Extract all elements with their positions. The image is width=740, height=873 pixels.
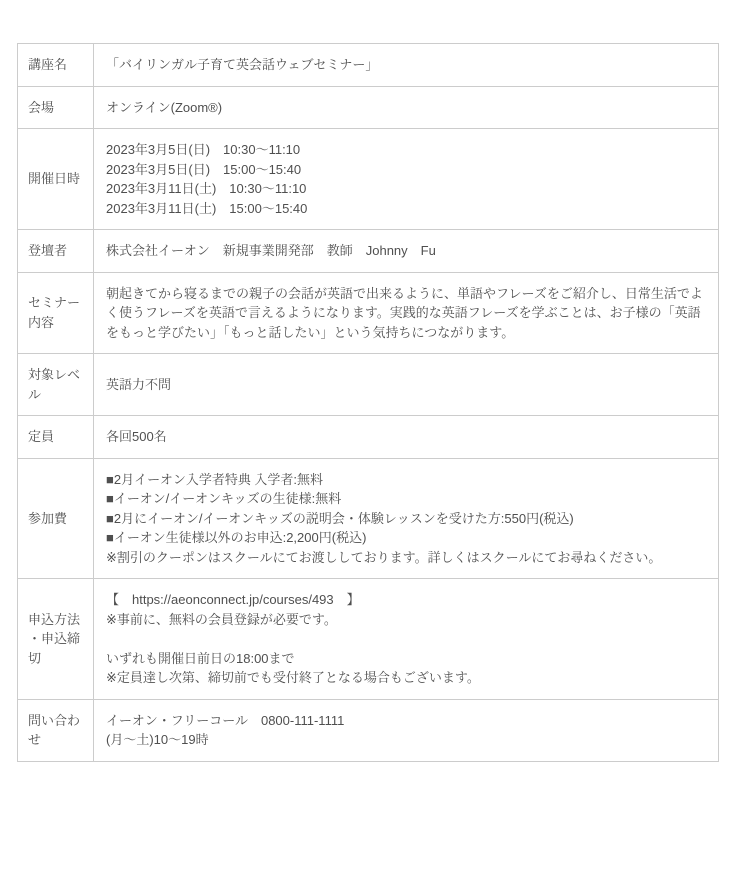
- content-line: ■2月にイーオン/イーオンキッズの説明会・体験レッスンを受けた方:550円(税込…: [106, 509, 706, 529]
- table-row: 講座名「バイリンガル子育て英会話ウェブセミナー」: [18, 44, 719, 87]
- content-line: 2023年3月5日(日) 15:00〜15:40: [106, 160, 706, 180]
- row-label: 開催日時: [18, 129, 94, 230]
- content-line: ※割引のクーポンはスクールにてお渡ししております。詳しくはスクールにてお尋ねくだ…: [106, 548, 706, 568]
- content-line: ■2月イーオン入学者特典 入学者:無料: [106, 470, 706, 490]
- content-line: 2023年3月11日(土) 10:30〜11:10: [106, 179, 706, 199]
- table-row: 開催日時2023年3月5日(日) 10:30〜11:102023年3月5日(日)…: [18, 129, 719, 230]
- table-row: セミナー内容朝起きてから寝るまでの親子の会話が英語で出来るように、単語やフレーズ…: [18, 272, 719, 354]
- content-line: 「バイリンガル子育て英会話ウェブセミナー」: [106, 55, 706, 75]
- table-row: 登壇者株式会社イーオン 新規事業開発部 教師 Johnny Fu: [18, 230, 719, 273]
- content-line: 【 https://aeonconnect.jp/courses/493 】: [106, 590, 706, 610]
- row-content: イーオン・フリーコール 0800-111-1111(月〜土)10〜19時: [94, 699, 719, 761]
- content-line: ■イーオン生徒様以外のお申込:2,200円(税込): [106, 528, 706, 548]
- row-content: 2023年3月5日(日) 10:30〜11:102023年3月5日(日) 15:…: [94, 129, 719, 230]
- seminar-info-section: 講座名「バイリンガル子育て英会話ウェブセミナー」会場オンライン(Zoom®)開催…: [0, 0, 740, 762]
- content-line: ※定員達し次第、締切前でも受付終了となる場合もございます。: [106, 668, 706, 688]
- content-line: 2023年3月11日(土) 15:00〜15:40: [106, 199, 706, 219]
- content-line: イーオン・フリーコール 0800-111-1111: [106, 711, 706, 731]
- row-content: 英語力不問: [94, 354, 719, 416]
- row-content: 各回500名: [94, 416, 719, 459]
- row-label: 問い合わせ: [18, 699, 94, 761]
- table-row: 問い合わせイーオン・フリーコール 0800-111-1111(月〜土)10〜19…: [18, 699, 719, 761]
- row-label: 定員: [18, 416, 94, 459]
- table-row: 申込方法・申込締切【 https://aeonconnect.jp/course…: [18, 579, 719, 700]
- content-line: 2023年3月5日(日) 10:30〜11:10: [106, 140, 706, 160]
- row-content: 「バイリンガル子育て英会話ウェブセミナー」: [94, 44, 719, 87]
- table-row: 定員各回500名: [18, 416, 719, 459]
- table-row: 参加費■2月イーオン入学者特典 入学者:無料■イーオン/イーオンキッズの生徒様:…: [18, 458, 719, 579]
- row-label: 対象レベル: [18, 354, 94, 416]
- row-label: セミナー内容: [18, 272, 94, 354]
- row-content: オンライン(Zoom®): [94, 86, 719, 129]
- table-row: 対象レベル英語力不問: [18, 354, 719, 416]
- content-line: ※事前に、無料の会員登録が必要です。: [106, 610, 706, 630]
- table-body: 講座名「バイリンガル子育て英会話ウェブセミナー」会場オンライン(Zoom®)開催…: [18, 44, 719, 762]
- content-line: いずれも開催日前日の18:00まで: [106, 649, 706, 669]
- content-line: オンライン(Zoom®): [106, 98, 706, 118]
- row-label: 会場: [18, 86, 94, 129]
- row-label: 申込方法・申込締切: [18, 579, 94, 700]
- row-content: ■2月イーオン入学者特典 入学者:無料■イーオン/イーオンキッズの生徒様:無料■…: [94, 458, 719, 579]
- row-content: 【 https://aeonconnect.jp/courses/493 】※事…: [94, 579, 719, 700]
- content-line: 各回500名: [106, 427, 706, 447]
- row-label: 講座名: [18, 44, 94, 87]
- content-line: 英語力不問: [106, 375, 706, 395]
- row-content: 朝起きてから寝るまでの親子の会話が英語で出来るように、単語やフレーズをご紹介し、…: [94, 272, 719, 354]
- content-line: 朝起きてから寝るまでの親子の会話が英語で出来るように、単語やフレーズをご紹介し、…: [106, 284, 706, 343]
- content-line: ■イーオン/イーオンキッズの生徒様:無料: [106, 489, 706, 509]
- row-label: 登壇者: [18, 230, 94, 273]
- content-line: [106, 629, 706, 649]
- row-content: 株式会社イーオン 新規事業開発部 教師 Johnny Fu: [94, 230, 719, 273]
- table-row: 会場オンライン(Zoom®): [18, 86, 719, 129]
- row-label: 参加費: [18, 458, 94, 579]
- content-line: (月〜土)10〜19時: [106, 730, 706, 750]
- content-line: 株式会社イーオン 新規事業開発部 教師 Johnny Fu: [106, 241, 706, 261]
- seminar-info-table: 講座名「バイリンガル子育て英会話ウェブセミナー」会場オンライン(Zoom®)開催…: [17, 43, 719, 762]
